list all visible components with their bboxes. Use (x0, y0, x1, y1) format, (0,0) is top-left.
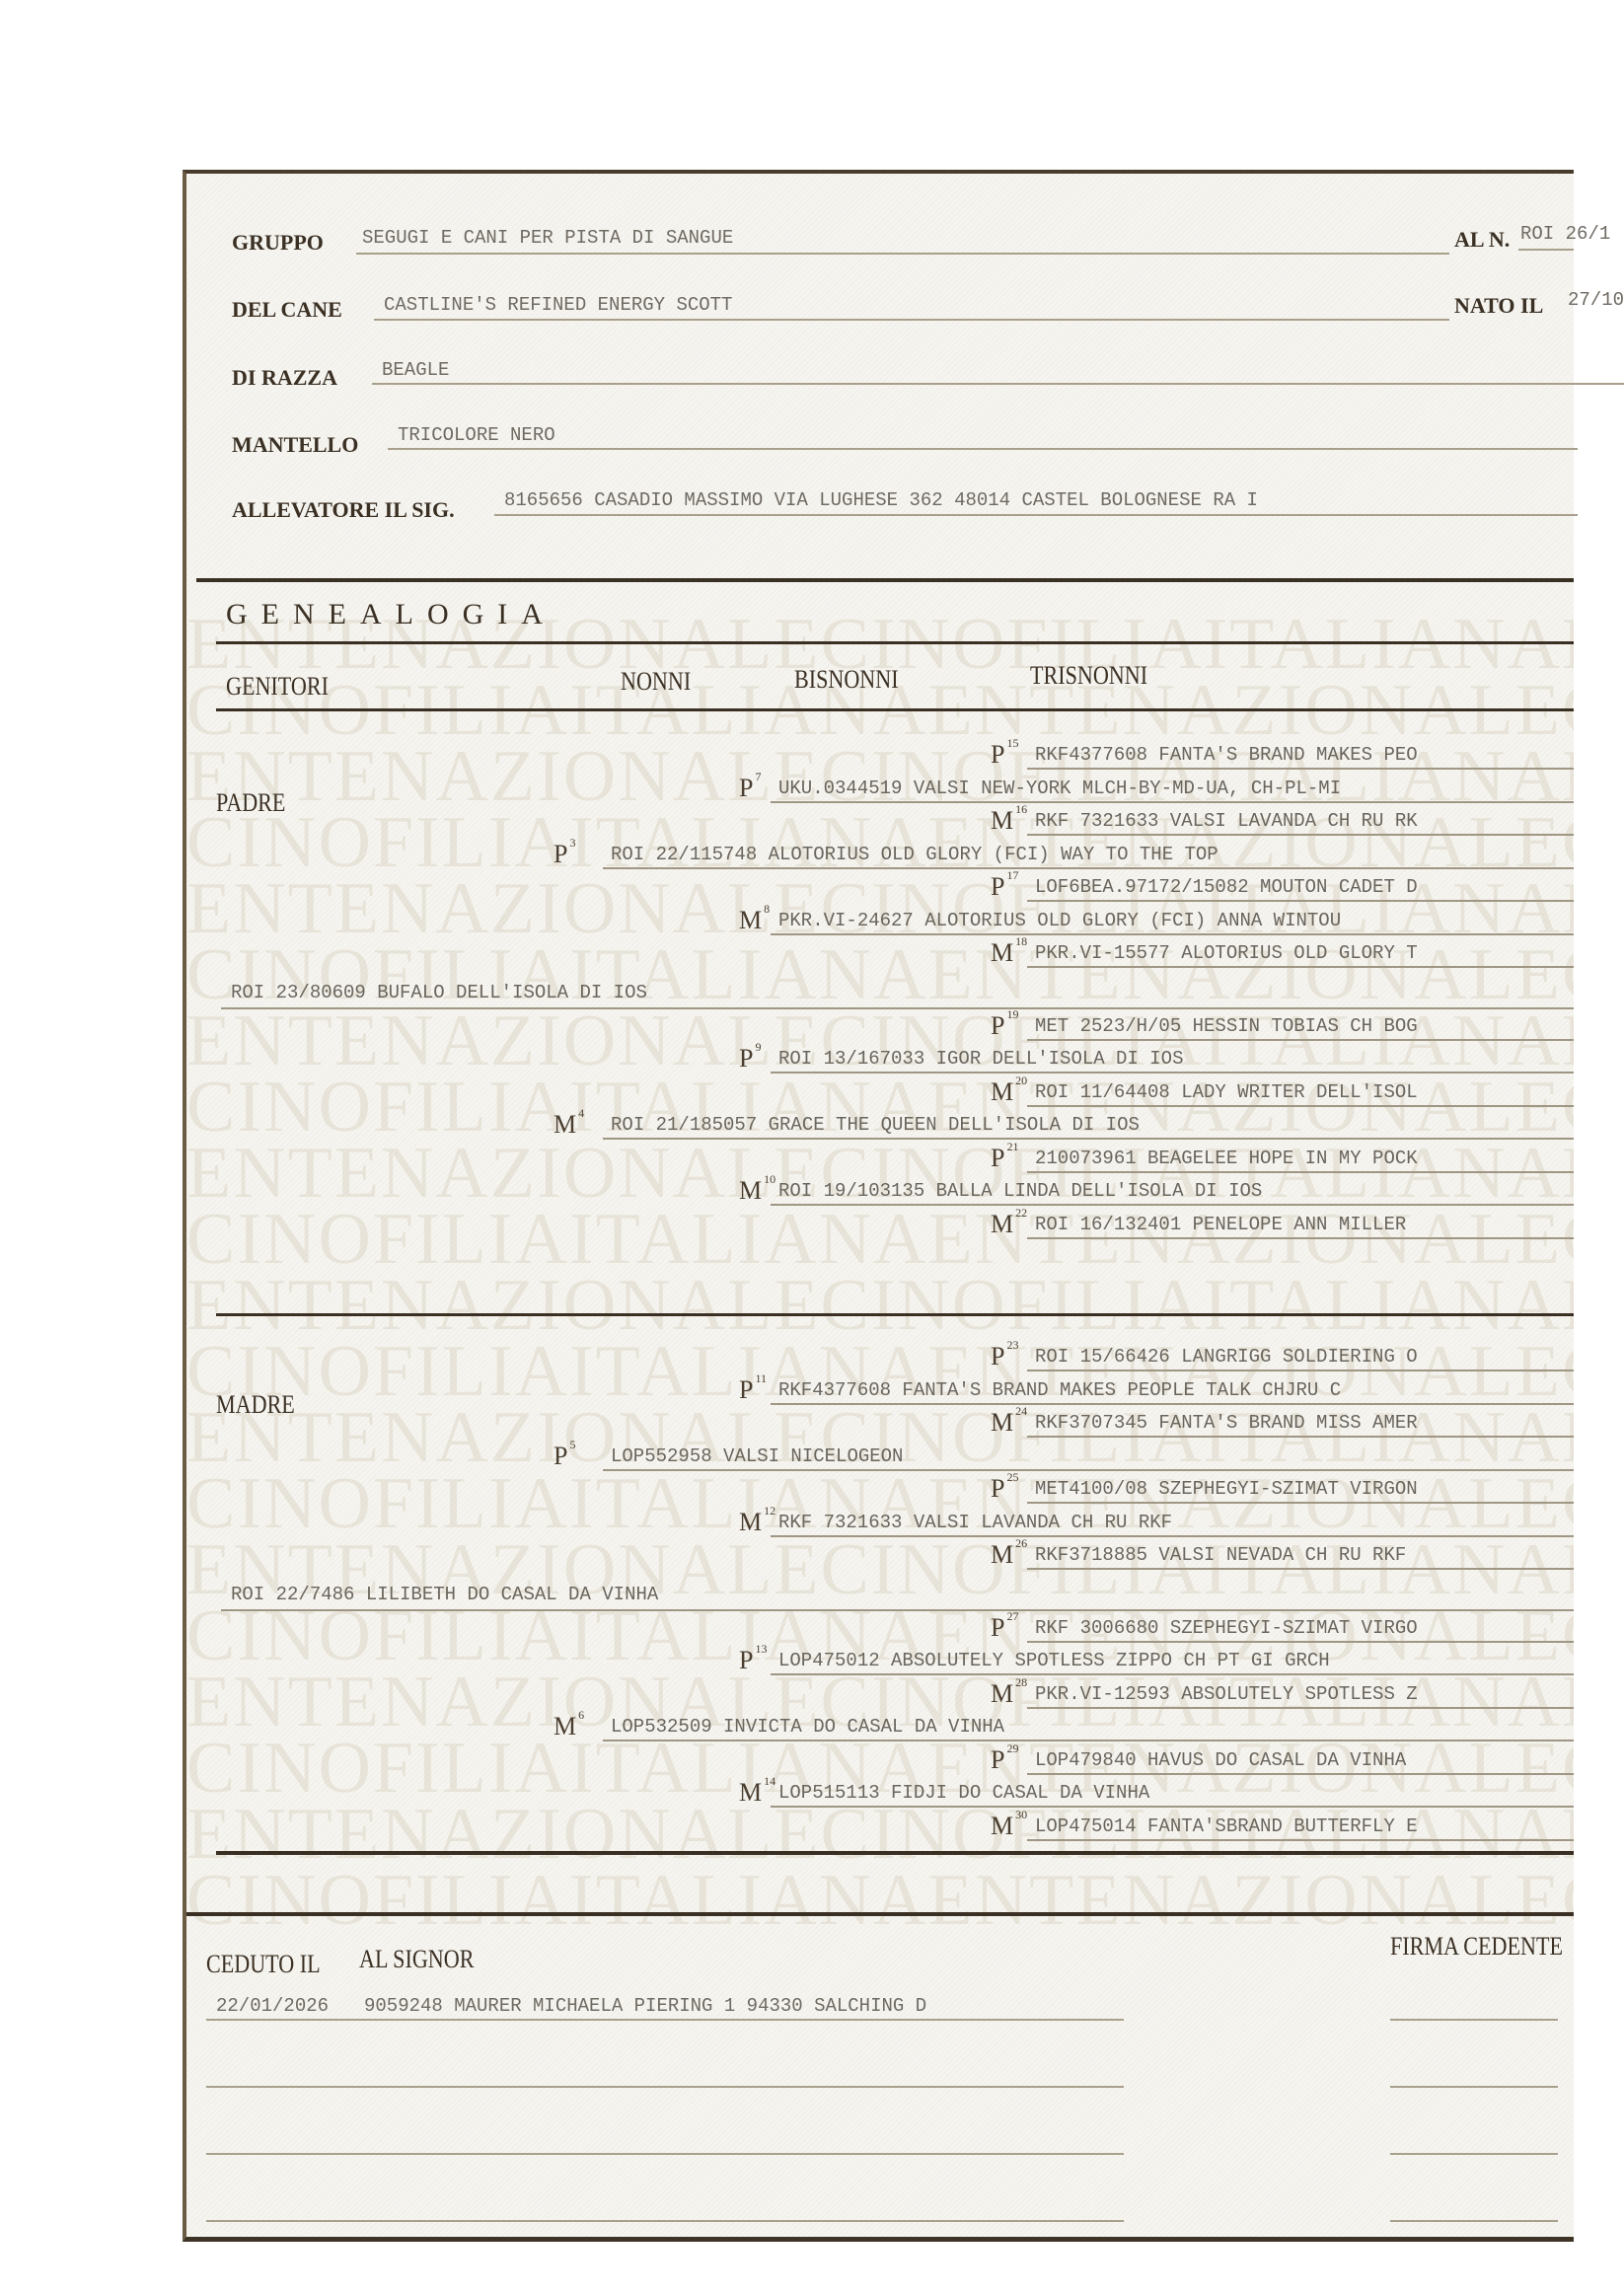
ancestor-line (603, 1740, 1574, 1741)
ancestor-value: ROI 16/132401 PENELOPE ANN MILLER (1035, 1214, 1574, 1235)
ancestor-tag: P27 (991, 1613, 1018, 1643)
ancestor-tag-letter: M (991, 1210, 1013, 1238)
ancestor-tag: P19 (991, 1011, 1018, 1041)
ancestor-number: 19 (1006, 1007, 1018, 1021)
ancestor-value: RKF3718885 VALSI NEVADA CH RU RKF (1035, 1544, 1574, 1566)
column-nonni: NONNI (621, 667, 691, 697)
madre-label: MADRE (216, 1390, 295, 1420)
ancestor-tag-letter: M (991, 1540, 1013, 1569)
ancestor-value: LOP479840 HAVUS DO CASAL DA VINHA (1035, 1749, 1574, 1771)
columns-divider (216, 708, 1574, 711)
padre-value: ROI 23/80609 BUFALO DELL'ISOLA DI IOS (231, 982, 647, 1003)
ancestor-number: 12 (764, 1504, 775, 1518)
ancestor-tag: M4 (554, 1110, 584, 1140)
ancestor-tag: M14 (739, 1778, 775, 1808)
ancestor-line (1027, 900, 1574, 902)
di-razza-line (372, 383, 1624, 385)
ancestor-value: LOP475014 FANTA'SBRAND BUTTERFLY E (1035, 1815, 1574, 1837)
ancestor-line (1027, 1568, 1574, 1570)
column-genitori: GENITORI (226, 672, 329, 702)
gruppo-value: SEGUGI E CANI PER PISTA DI SANGUE (362, 227, 733, 249)
ancestor-line (1027, 1237, 1574, 1239)
del-cane-value: CASTLINE'S REFINED ENERGY SCOTT (384, 294, 732, 316)
ancestor-number: 15 (1006, 736, 1018, 750)
ancestor-number: 6 (578, 1708, 584, 1722)
ancestor-line (603, 1469, 1574, 1471)
al-n-value: ROI 26/1 (1520, 223, 1610, 245)
watermark-text: ENTENAZIONALECINOFILIAITALIANAENTENAZION… (186, 1269, 1574, 1342)
ancestor-tag-letter: P (739, 1646, 753, 1674)
ancestor-tag-letter: M (739, 906, 762, 934)
ancestor-value: RKF 3006680 SZEPHEGYI-SZIMAT VIRGO (1035, 1617, 1574, 1639)
gruppo-line (356, 253, 1449, 255)
ancestor-number: 27 (1006, 1609, 1018, 1623)
ancestor-number: 30 (1015, 1808, 1027, 1821)
ancestor-tag-letter: P (554, 1442, 567, 1470)
ancestor-number: 14 (764, 1774, 775, 1788)
ancestor-line (1027, 1839, 1574, 1841)
ancestor-tag-letter: M (739, 1176, 762, 1205)
ancestor-tag-letter: P (991, 1613, 1004, 1642)
ancestor-line (771, 1673, 1574, 1675)
ancestor-line (1027, 834, 1574, 836)
ancestor-tag: P15 (991, 740, 1018, 770)
ancestor-value: LOP532509 INVICTA DO CASAL DA VINHA (611, 1716, 1574, 1738)
ceduto-il-label: CEDUTO IL (206, 1950, 321, 1979)
ancestor-value: ROI 21/185057 GRACE THE QUEEN DELL'ISOLA… (611, 1114, 1574, 1136)
ancestor-value: LOF6BEA.97172/15082 MOUTON CADET D (1035, 876, 1574, 898)
di-razza-value: BEAGLE (382, 359, 449, 381)
ancestor-tag: M16 (991, 806, 1027, 836)
ancestor-line (1027, 1707, 1574, 1709)
ancestor-line (1027, 1039, 1574, 1041)
transfer-recipient-field-line (354, 2153, 1124, 2155)
ancestor-number: 13 (755, 1642, 767, 1656)
ancestor-number: 18 (1015, 934, 1027, 948)
ancestor-line (771, 1806, 1574, 1808)
del-cane-label: DEL CANE (232, 297, 342, 323)
ancestor-tag: M6 (554, 1712, 584, 1741)
ancestor-value: PKR.VI-24627 ALOTORIUS OLD GLORY (FCI) A… (778, 910, 1574, 931)
nato-il-value: 27/10, (1568, 289, 1624, 311)
ancestor-tag: P17 (991, 872, 1018, 902)
ancestor-value: LOP552958 VALSI NICELOGEON (611, 1445, 1574, 1467)
transfer-top-divider (186, 1912, 1574, 1916)
ancestor-number: 16 (1015, 802, 1027, 816)
ancestor-tag: M28 (991, 1679, 1027, 1709)
ancestor-tag-letter: P (739, 1375, 753, 1404)
ancestor-tag-letter: P (991, 1144, 1004, 1172)
ancestor-tag: P29 (991, 1745, 1018, 1775)
ancestor-tag-letter: M (554, 1712, 576, 1741)
firma-cedente-label: FIRMA CEDENTE (1390, 1932, 1563, 1962)
ancestor-value: ROI 15/66426 LANGRIGG SOLDIERING O (1035, 1346, 1574, 1368)
ancestor-value: 210073961 BEAGELEE HOPE IN MY POCK (1035, 1148, 1574, 1169)
mantello-line (388, 448, 1578, 450)
transfer-signature-field-line (1390, 2019, 1558, 2021)
ancestor-tag-letter: P (554, 840, 567, 868)
ancestor-number: 25 (1006, 1470, 1018, 1484)
ancestor-number: 21 (1006, 1140, 1018, 1153)
ancestor-tag-letter: M (991, 938, 1013, 967)
column-bisnonni: BISNONNI (794, 665, 899, 695)
ancestor-line (1027, 1502, 1574, 1504)
nato-il-label: NATO IL (1454, 293, 1543, 319)
mantello-label: MANTELLO (232, 432, 358, 458)
ancestor-number: 26 (1015, 1536, 1027, 1550)
ancestor-value: RKF 7321633 VALSI LAVANDA CH RU RKF (778, 1512, 1574, 1533)
transfer-date-field[interactable]: 22/01/2026 (216, 1995, 329, 2017)
ancestor-tag-letter: P (991, 1745, 1004, 1774)
ancestor-tag: P13 (739, 1646, 767, 1675)
ancestor-tag: M26 (991, 1540, 1027, 1570)
ancestor-tag-letter: M (991, 1812, 1013, 1840)
ancestor-tag: M12 (739, 1508, 775, 1537)
ancestor-number: 29 (1006, 1741, 1018, 1755)
ancestor-value: UKU.0344519 VALSI NEW-YORK MLCH-BY-MD-UA… (778, 778, 1574, 799)
ancestor-tag: P21 (991, 1144, 1018, 1173)
ancestor-value: ROI 11/64408 LADY WRITER DELL'ISOL (1035, 1081, 1574, 1103)
genealogia-title: GENEALOGIA (226, 598, 556, 631)
ancestor-number: 9 (755, 1040, 761, 1054)
ancestor-number: 10 (764, 1172, 775, 1186)
madre-value: ROI 22/7486 LILIBETH DO CASAL DA VINHA (231, 1584, 658, 1605)
ancestor-tag: M10 (739, 1176, 775, 1206)
transfer-signature-field-line (1390, 2153, 1558, 2155)
ancestor-value: ROI 22/115748 ALOTORIUS OLD GLORY (FCI) … (611, 844, 1574, 865)
ancestor-number: 23 (1006, 1338, 1018, 1352)
padre-madre-divider (216, 1313, 1574, 1316)
parent-line (221, 1609, 1574, 1611)
gruppo-label: GRUPPO (232, 230, 324, 256)
ancestor-number: 11 (755, 1371, 767, 1385)
ancestor-line (1027, 1773, 1574, 1775)
ancestor-value: LOP515113 FIDJI DO CASAL DA VINHA (778, 1782, 1574, 1804)
genealogia-title-divider (216, 641, 1574, 644)
column-trisnonni: TRISNONNI (1030, 661, 1147, 691)
padre-label: PADRE (216, 788, 285, 818)
ancestor-line (1027, 1641, 1574, 1643)
ancestor-line (1027, 1436, 1574, 1438)
ancestor-value: RKF4377608 FANTA'S BRAND MAKES PEO (1035, 744, 1574, 766)
ancestor-tag: P11 (739, 1375, 767, 1405)
ancestor-line (771, 1535, 1574, 1537)
ancestor-number: 28 (1015, 1675, 1027, 1689)
mantello-value: TRICOLORE NERO (398, 424, 555, 446)
ancestor-line (1027, 966, 1574, 968)
ancestor-value: ROI 19/103135 BALLA LINDA DELL'ISOLA DI … (778, 1180, 1574, 1202)
ancestor-tag-letter: M (554, 1110, 576, 1139)
ancestor-tag-letter: P (991, 1474, 1004, 1503)
ancestor-number: 17 (1006, 868, 1018, 882)
header-divider (196, 578, 1574, 582)
ancestor-number: 22 (1015, 1206, 1027, 1220)
ancestor-tag: P9 (739, 1044, 761, 1074)
ancestor-tag-letter: M (991, 1679, 1013, 1708)
transfer-recipient-field-line (354, 2220, 1124, 2222)
ancestor-number: 5 (569, 1438, 575, 1451)
transfer-recipient-field-line (354, 2086, 1124, 2088)
ancestor-line (1027, 768, 1574, 770)
ancestor-value: MET 2523/H/05 HESSIN TOBIAS CH BOG (1035, 1015, 1574, 1037)
ancestor-tag-letter: M (991, 1077, 1013, 1106)
al-signor-label: AL SIGNOR (359, 1945, 474, 1974)
ancestor-number: 4 (578, 1106, 584, 1120)
watermark-text: CINOFILIAITALIANAENTENAZIONALECINOFILIAI… (186, 1864, 1574, 1937)
pedigree-certificate: ENTENAZIONALECINOFILIAITALIANAENTENAZION… (183, 170, 1574, 2242)
al-n-label: AL N. (1454, 227, 1510, 253)
ancestor-line (1027, 1171, 1574, 1173)
transfer-signature-field-line (1390, 2086, 1558, 2088)
ancestor-value: PKR.VI-15577 ALOTORIUS OLD GLORY T (1035, 942, 1574, 964)
ancestor-line (771, 933, 1574, 935)
ancestor-value: PKR.VI-12593 ABSOLUTELY SPOTLESS Z (1035, 1683, 1574, 1705)
ancestor-number: 20 (1015, 1074, 1027, 1087)
ancestor-tag: M22 (991, 1210, 1027, 1239)
ancestor-value: ROI 13/167033 IGOR DELL'ISOLA DI IOS (778, 1048, 1574, 1070)
transfer-recipient-field[interactable]: 9059248 MAURER MICHAELA PIERING 1 94330 … (364, 1995, 926, 2017)
ancestor-tag-letter: P (991, 1011, 1004, 1040)
ancestor-tag: M20 (991, 1077, 1027, 1107)
ancestor-tag: M30 (991, 1812, 1027, 1841)
ancestor-line (771, 801, 1574, 803)
ancestor-tag-letter: P (739, 774, 753, 802)
ancestor-line (1027, 1105, 1574, 1107)
ancestor-line (603, 1138, 1574, 1140)
ancestor-line (771, 1204, 1574, 1206)
ancestor-tag-letter: M (991, 1408, 1013, 1437)
allevatore-value: 8165656 CASADIO MASSIMO VIA LUGHESE 362 … (504, 489, 1258, 511)
ancestor-tag: M18 (991, 938, 1027, 968)
ancestor-line (603, 867, 1574, 869)
ancestor-line (771, 1072, 1574, 1074)
ancestor-line (1027, 1370, 1574, 1371)
ancestor-number: 7 (755, 770, 761, 783)
transfer-signature-field-line (1390, 2220, 1558, 2222)
ancestor-tag: M24 (991, 1408, 1027, 1438)
ancestor-value: MET4100/08 SZEPHEGYI-SZIMAT VIRGON (1035, 1478, 1574, 1500)
ancestor-number: 24 (1015, 1404, 1027, 1418)
al-n-line (1518, 249, 1574, 251)
ancestor-tag-letter: P (739, 1044, 753, 1073)
allevatore-line (494, 514, 1578, 516)
genealogy-bottom-divider (216, 1851, 1574, 1855)
ancestor-tag-letter: P (991, 740, 1004, 769)
ancestor-value: LOP475012 ABSOLUTELY SPOTLESS ZIPPO CH P… (778, 1650, 1574, 1671)
ancestor-tag: P7 (739, 774, 761, 803)
ancestor-value: RKF4377608 FANTA'S BRAND MAKES PEOPLE TA… (778, 1379, 1574, 1401)
ancestor-line (771, 1403, 1574, 1405)
ancestor-tag: M8 (739, 906, 770, 935)
ancestor-tag: P25 (991, 1474, 1018, 1504)
ancestor-value: RKF 7321633 VALSI LAVANDA CH RU RK (1035, 810, 1574, 832)
ancestor-tag-letter: M (991, 806, 1013, 835)
di-razza-label: DI RAZZA (232, 365, 337, 391)
del-cane-line (374, 319, 1449, 321)
ancestor-number: 8 (764, 902, 770, 916)
transfer-recipient-field-line (354, 2019, 1124, 2021)
parent-line (221, 1007, 1574, 1009)
ancestor-tag: P23 (991, 1342, 1018, 1371)
allevatore-label: ALLEVATORE IL SIG. (232, 497, 455, 523)
ancestor-tag: P5 (554, 1442, 575, 1471)
ancestor-tag-letter: P (991, 872, 1004, 901)
ancestor-tag-letter: M (739, 1508, 762, 1536)
ancestor-tag-letter: M (739, 1778, 762, 1807)
ancestor-number: 3 (569, 836, 575, 850)
ancestor-tag-letter: P (991, 1342, 1004, 1370)
ancestor-tag: P3 (554, 840, 575, 869)
ancestor-value: RKF3707345 FANTA'S BRAND MISS AMER (1035, 1412, 1574, 1434)
